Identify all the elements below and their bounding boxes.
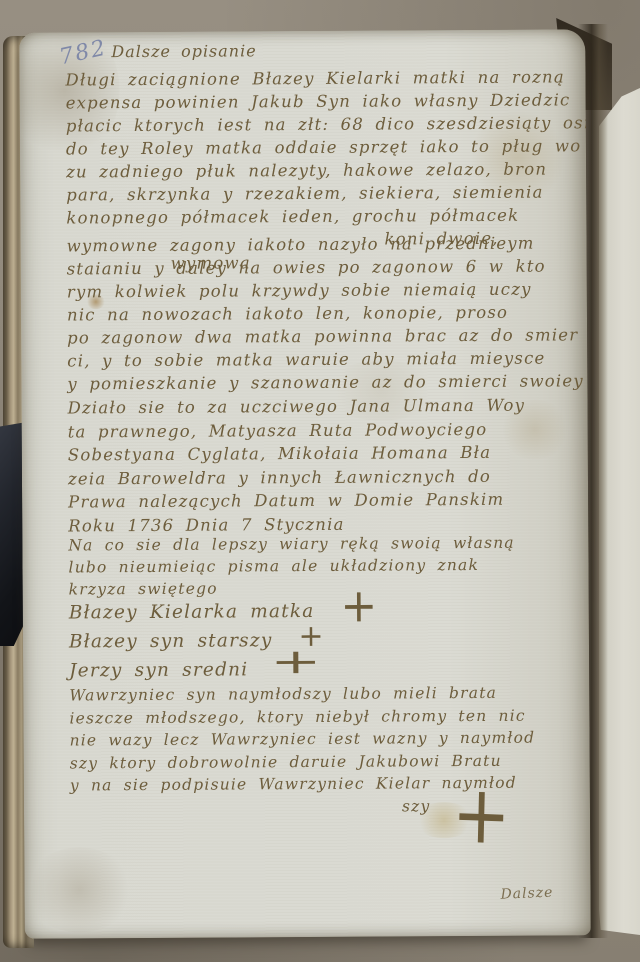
handwritten-line: do tey Roley matka oddaie sprzęt iako to… <box>66 134 578 160</box>
handwritten-line: Sobestyana Cyglata, Mikołaia Homana Bła <box>68 440 580 467</box>
handwritten-line: Długi zaciągnione Błazey Kielarki matki … <box>65 65 577 91</box>
stain <box>24 847 135 933</box>
handwritten-line: ci, y to sobie matka waruie aby miała mi… <box>67 346 579 372</box>
handwritten-line: y pomieszkanie y szanowanie az do smierc… <box>67 369 579 395</box>
page-number: 782 <box>57 36 109 71</box>
handwritten-line: Błazey Kielarka matka+ <box>69 595 581 627</box>
handwritten-line: wymowne zagony iakoto nazyło na przednie… <box>66 231 578 257</box>
handwritten-text-area: Długi zaciągnione Błazey Kielarki matki … <box>19 29 585 32</box>
witnesses-paragraph: Działo sie to za uczciwego Jana Ulmana W… <box>67 393 580 537</box>
manuscript-page: 782 Dalsze opisanie Długi zaciągnione Bł… <box>19 29 591 938</box>
handwritten-line: zu zadniego płuk nalezyty, hakowe zelazo… <box>66 157 578 183</box>
handwritten-line: Na co sie dla lepszy wiary ręką swoią wł… <box>68 531 580 556</box>
signatures-block: Błazey Kielarka matka+Błazey syn starszy… <box>69 595 582 685</box>
handwritten-line: po zagonow dwa matka powinna brac az do … <box>67 323 579 349</box>
handwritten-line: Działo sie to za uczciwego Jana Ulmana W… <box>67 393 579 420</box>
handwritten-line: lubo nieumieiąc pisma ale układziony zna… <box>68 553 580 578</box>
manuscript-photo: 782 Dalsze opisanie Długi zaciągnione Bł… <box>0 0 640 962</box>
cross-signature-mark-icon: + <box>451 767 512 863</box>
handwritten-line: płacic ktorych iest na złt: 68 dico szes… <box>66 111 578 137</box>
oath-paragraph: Na co sie dla lepszy wiary ręką swoią wł… <box>68 531 580 600</box>
handwritten-line: konopnego półmacek ieden, grochu półmace… <box>66 203 578 229</box>
handwritten-line: Jerzy syn sredni+ <box>69 653 581 685</box>
handwritten-line: zeia Baroweldra y innych Ławnicznych do <box>68 464 580 491</box>
handwritten-line: nie wazy lecz Wawrzyniec iest wazny y na… <box>69 726 581 752</box>
wymowa-paragraph: wymowne zagony iakoto nazyło na przednie… <box>66 231 579 395</box>
section-header: Dalsze opisanie <box>111 41 256 61</box>
handwritten-line: nic na nowozach iakoto len, konopie, pro… <box>67 300 579 326</box>
handwritten-line: staianiu y daley na owies po zagonow 6 w… <box>67 254 579 280</box>
handwritten-line: ta prawnego, Matyasza Ruta Podwoyciego <box>68 417 580 444</box>
handwritten-line: Prawa nalezących Datum w Domie Panskim <box>68 487 580 514</box>
handwritten-line: para, skrzynka y rzezakiem, siekiera, si… <box>66 180 578 206</box>
handwritten-line: ieszcze młodszego, ktory niebył chromy t… <box>69 704 581 730</box>
handwritten-line: rym kolwiek polu krzywdy sobie niemaią u… <box>67 277 579 303</box>
handwritten-line: expensa powinien Jakub Syn iako własny D… <box>66 88 578 114</box>
handwritten-line: Błazey syn starszy+ <box>69 624 581 656</box>
handwritten-line: Wawrzyniec syn naymłodszy lubo mieli bra… <box>69 681 581 707</box>
catchword: Dalsze <box>500 885 554 903</box>
